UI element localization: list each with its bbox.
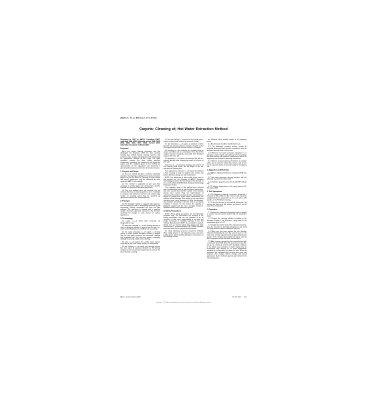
body-paragraph: 3.3 hot water extraction, n.—of carpet, … (120, 231, 160, 240)
body-paragraph: 4.5 Observe all precautionary informatio… (207, 160, 247, 167)
body-paragraph: be followed. Wear suitable gloves in all… (207, 139, 247, 143)
section-heading: 3. Terminology (120, 217, 160, 219)
body-paragraph: 7.4 Make one wet pass against the pile d… (207, 231, 247, 240)
body-paragraph: 4.1 Good laboratory practices should be … (164, 230, 204, 237)
body-paragraph: 3.8 resoiling, n.—the tendency of a clea… (164, 150, 204, 157)
text-column: Developed in 1997 by AATCC Committee RA5… (120, 139, 160, 293)
body-paragraph: 7.1 Vacuum the specimens thoroughly with… (207, 212, 247, 218)
body-paragraph: 3.2 extraction cleaning, n.—a wet cleani… (120, 225, 160, 231)
document-copyright-line: Copyright © 2017 American Association of… (120, 302, 247, 304)
body-paragraph: 2.1 Hot detergent solution is sprayed un… (120, 203, 160, 216)
body-paragraph: 3.10 pass, n.—of extraction cleaning, on… (164, 164, 204, 170)
body-paragraph: 3.6 wet vacuuming, n.—removal of free li… (164, 139, 204, 143)
section-heading: 5. Apparatus and Materials (207, 169, 247, 171)
footer-manual-edition: AATCC Technical Manual/2017 (120, 296, 141, 298)
body-paragraph: 6.1 For laboratory cleaning, specimens s… (207, 194, 247, 201)
section-heading: 4. Safety Precautions (164, 210, 204, 212)
document-header-method-number: AATCC Test Method 171-2016 (120, 117, 156, 120)
body-paragraph: 3.4 pile, n.—of carpet, the visible wear… (120, 241, 160, 245)
document-title: Carpets: Cleaning of; Hot Water Extracti… (120, 127, 247, 131)
text-column: be followed. Wear suitable gloves in all… (207, 139, 247, 293)
body-paragraph: NOTE: For definitions of other textile t… (164, 177, 204, 186)
body-paragraph: 1.3 This test method does not evaluate t… (120, 190, 160, 199)
body-paragraph: 1.2 The method is applicable to pile yar… (120, 183, 160, 189)
section-heading: 7. Procedure (207, 209, 247, 211)
body-paragraph: 1.1 This test method provides a uniform,… (120, 173, 160, 182)
body-paragraph: 4.3 The laboratory cleaning solution sho… (207, 146, 247, 152)
body-paragraph: The conditions given in this method were… (164, 187, 204, 209)
body-paragraph: 5.2.2 Solution temperature at the spray … (207, 186, 247, 190)
body-paragraph: 3.1 carpet, n.—all textile floor coverin… (120, 220, 160, 224)
body-paragraph: 4.4 Wherever hot water extraction equipm… (207, 152, 247, 159)
document-columns: Developed in 1997 by AATCC Committee RA5… (120, 139, 246, 293)
body-paragraph: 7.5 After cleaning, groom the pile in on… (207, 241, 247, 259)
body-paragraph: Since this carpet cleaning procedure was… (120, 151, 160, 169)
section-heading: 1. Purpose and Scope (120, 170, 160, 172)
body-paragraph: 3.9 grooming, n.—of carpet, the setting … (164, 158, 204, 164)
body-paragraph: 3.11 appearance retention, n.—of carpet,… (164, 170, 204, 176)
body-paragraph: 4.2 All chemicals should be handled with… (207, 143, 247, 145)
body-paragraph: 7.3 Charge the solution tank of the extr… (207, 224, 247, 230)
body-paragraph: 5.2 Hot water extraction cleaning machin… (207, 177, 247, 181)
section-heading: 2. Principle (120, 200, 160, 202)
product-image-canvas: AATCC Test Method 171-2016 Carpets: Clea… (0, 0, 368, 420)
section-heading: Foreword (120, 148, 160, 150)
footer-method-id: TM 171-2016 (232, 296, 241, 298)
document-page: AATCC Test Method 171-2016 Carpets: Clea… (120, 116, 247, 309)
footer-right-group: TM 171-2016 313 (230, 296, 247, 298)
body-paragraph: 3.7 pile distortion, n.—of carpet, a con… (164, 143, 204, 149)
body-paragraph: 7.2 Prepare the cleaning solution accord… (207, 218, 247, 224)
body-paragraph: 6.2 If the pile direction is not marked,… (207, 202, 247, 208)
body-paragraph: 5.1 AATCC Standard Reference Detergent W… (207, 172, 247, 176)
document-footer: AATCC Technical Manual/2017 TM 171-2016 … (120, 296, 246, 298)
text-column: 3.6 wet vacuuming, n.—removal of free li… (164, 139, 204, 293)
body-paragraph: 5.2.1 Solution spray pressure of 0.24-0.… (207, 181, 247, 185)
document-page-inner: AATCC Test Method 171-2016 Carpets: Clea… (120, 116, 247, 309)
footer-page-number: 313 (244, 296, 247, 298)
section-heading: 6. Test Specimens (207, 191, 247, 193)
body-paragraph: NOTE: These safety precautions are for i… (164, 213, 204, 230)
revision-history-paragraph: Developed in 1997 by AATCC Committee RA5… (120, 139, 160, 146)
body-paragraph: 3.5 wet cleaning, n.—of carpet, any clea… (120, 246, 160, 253)
